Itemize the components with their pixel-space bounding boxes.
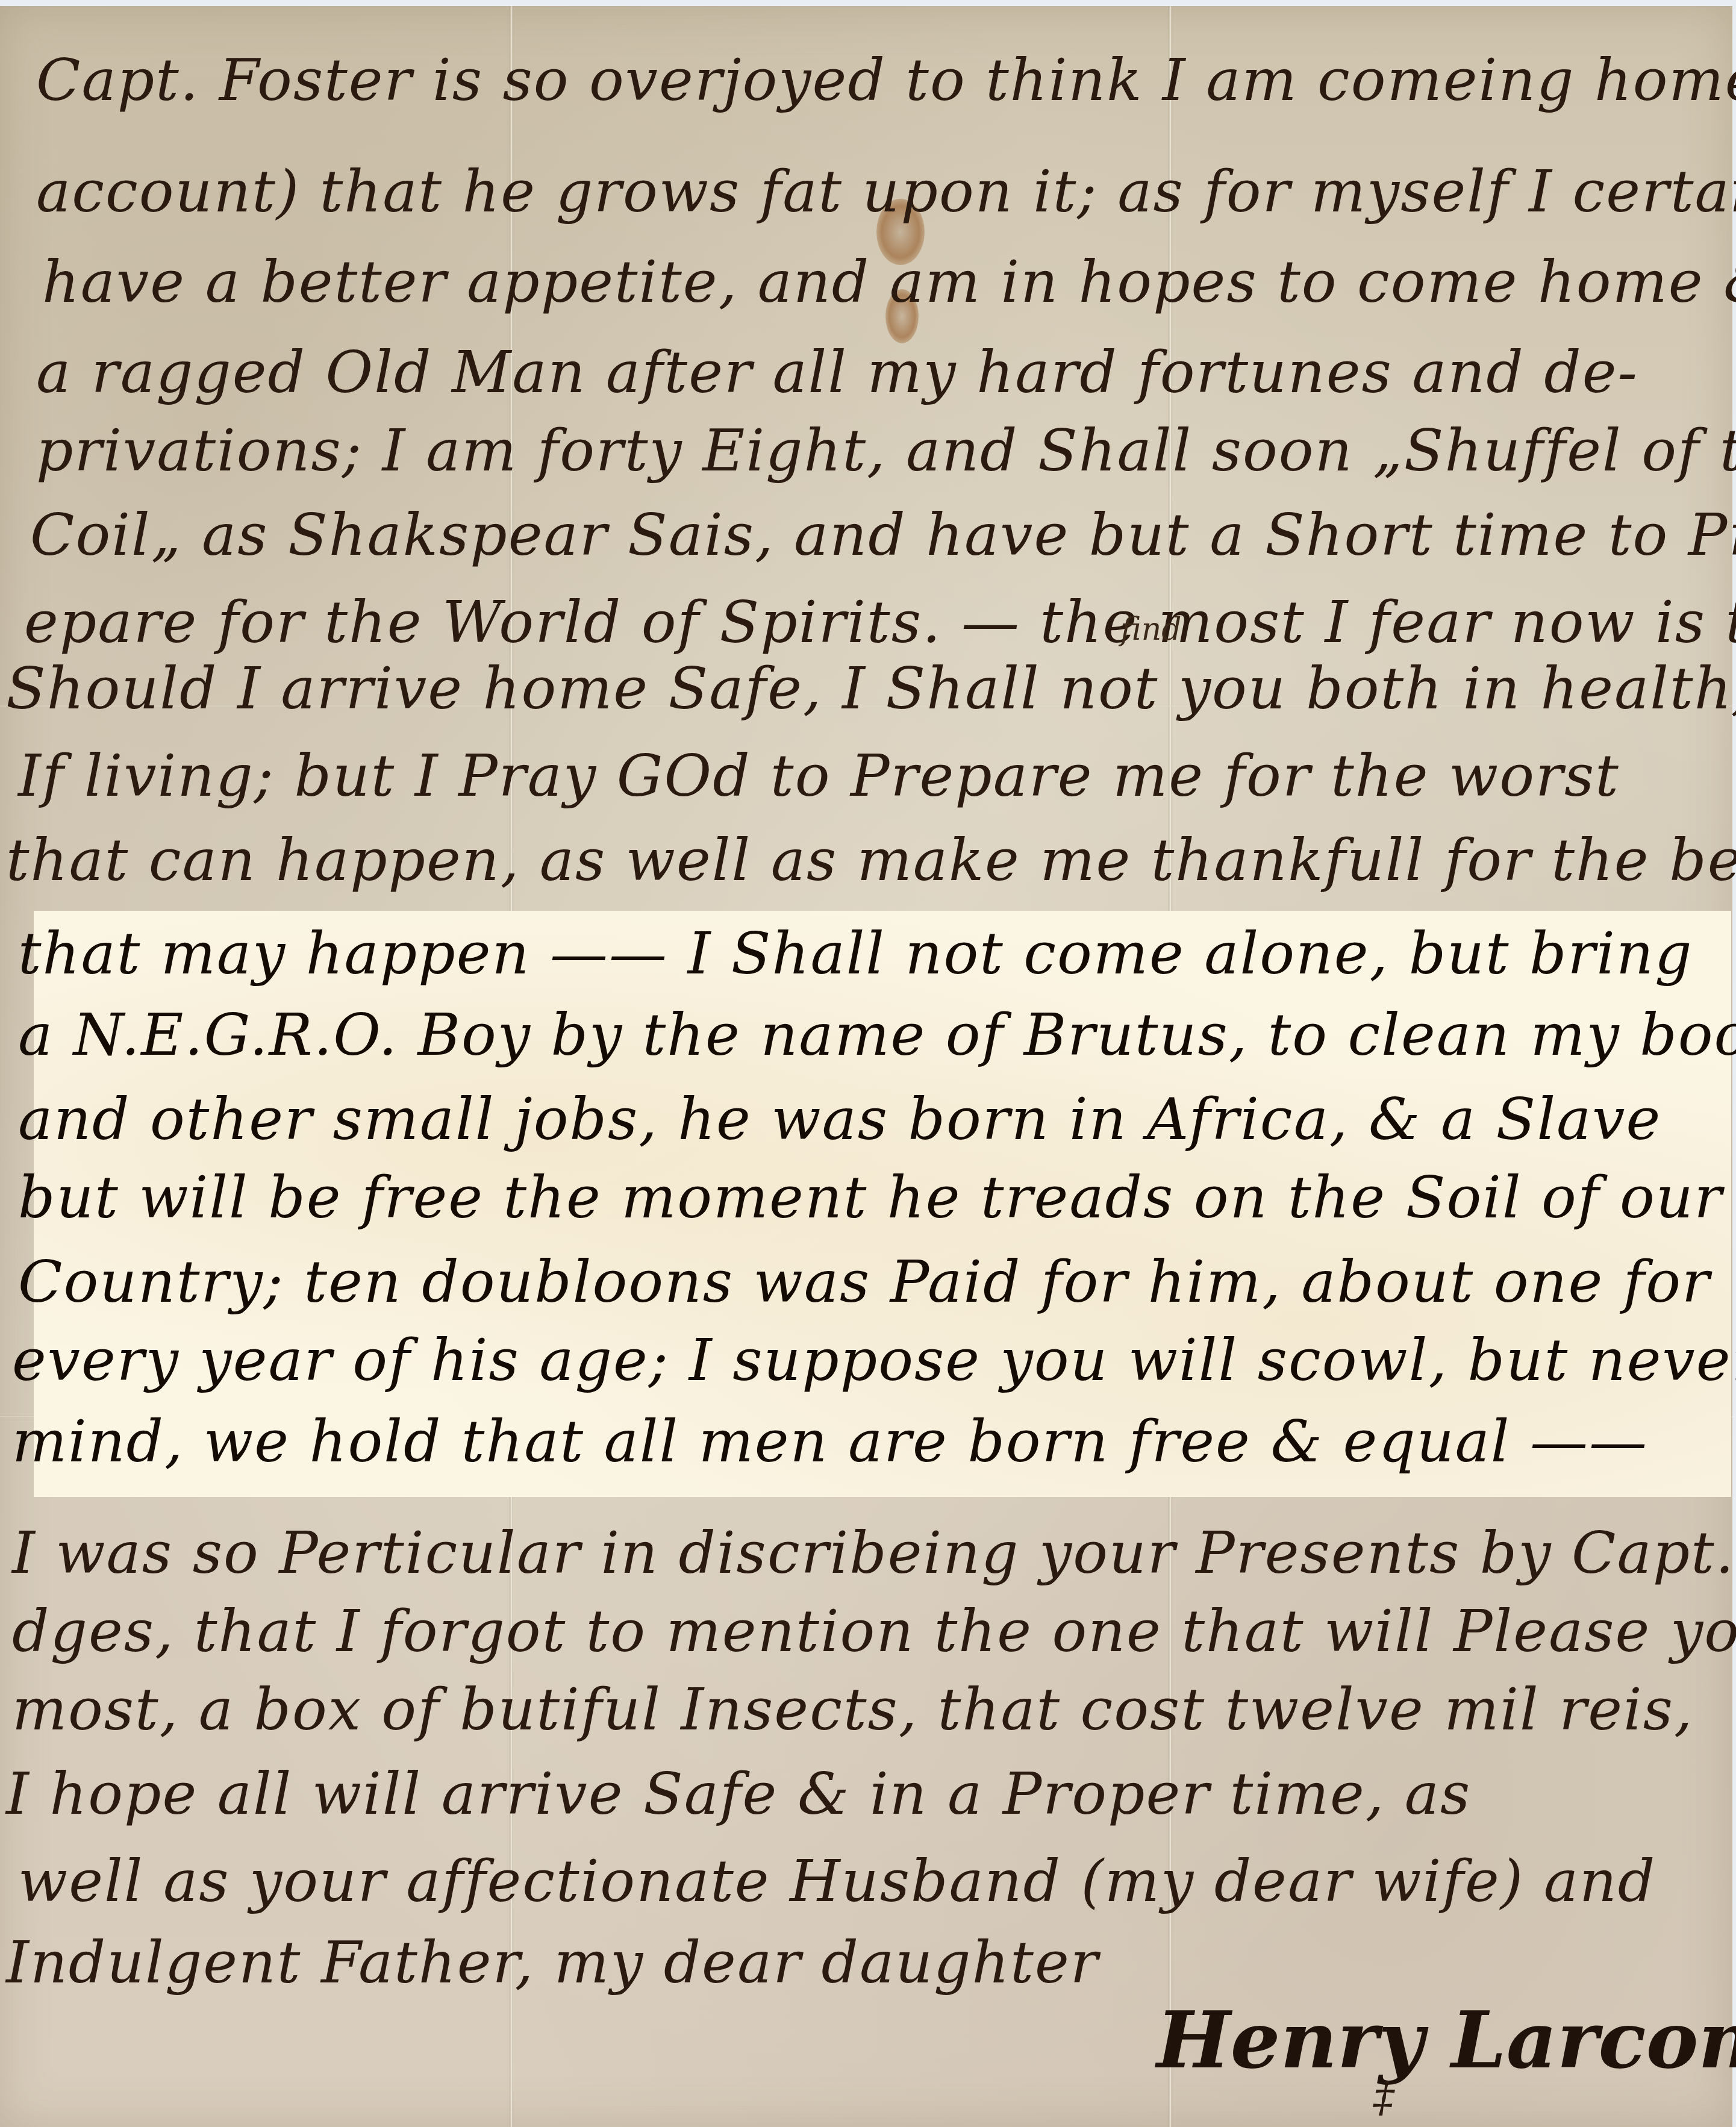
letter-line-4: a ragged Old Man after all my hard fortu… [36, 343, 1638, 401]
letter-line-20: most, a box of butiful Insects, that cos… [12, 1681, 1693, 1738]
letter-line-16: every year of his age; I suppose you wil… [12, 1331, 1736, 1389]
signature: Henry Larcom [1157, 1994, 1736, 2086]
letter-line-7: epare for the World of Spirits. — the mo… [24, 593, 1736, 651]
letter-line-15: Country; ten doubloons was Paid for him,… [18, 1253, 1711, 1311]
insertion-find: find [1120, 611, 1181, 648]
letter-line-13: and other small jobs, he was born in Afr… [18, 1090, 1661, 1148]
letter-line-17: mind, we hold that all men are born free… [12, 1413, 1648, 1470]
letter-line-11: that may happen —— I Shall not come alon… [18, 925, 1693, 982]
letter-line-19: dges, that I forgot to mention the one t… [12, 1602, 1736, 1660]
letter-page: Capt. Foster is so overjoyed to think I … [0, 6, 1732, 2127]
letter-line-9: If living; but I Pray GOd to Prepare me … [18, 747, 1620, 805]
letter-line-5: privations; I am forty Eight, and Shall … [36, 422, 1736, 479]
letter-line-6: Coil„ as Shakspear Sais, and have but a … [30, 506, 1736, 564]
letter-line-22: well as your affectionate Husband (my de… [18, 1852, 1656, 1910]
letter-line-1: Capt. Foster is so overjoyed to think I … [36, 51, 1736, 109]
letter-line-2: account) that he grows fat upon it; as f… [36, 163, 1736, 220]
letter-line-10: that can happen, as well as make me than… [6, 831, 1736, 889]
letter-line-21: I hope all will arrive Safe & in a Prope… [6, 1765, 1471, 1823]
letter-line-12: a N.E.G.R.O. Boy by the name of Brutus, … [18, 1006, 1736, 1064]
letter-line-18: I was so Perticular in discribeing your … [12, 1524, 1736, 1582]
letter-line-3: have a better appetite, and am in hopes … [42, 253, 1736, 311]
signature-flourish: ‡ [1373, 2072, 1394, 2122]
letter-line-14: but will be free the moment he treads on… [18, 1169, 1723, 1226]
letter-line-8: Should I arrive home Safe, I Shall not y… [6, 660, 1736, 717]
letter-line-23: Indulgent Father, my dear daughter [6, 1934, 1099, 1991]
